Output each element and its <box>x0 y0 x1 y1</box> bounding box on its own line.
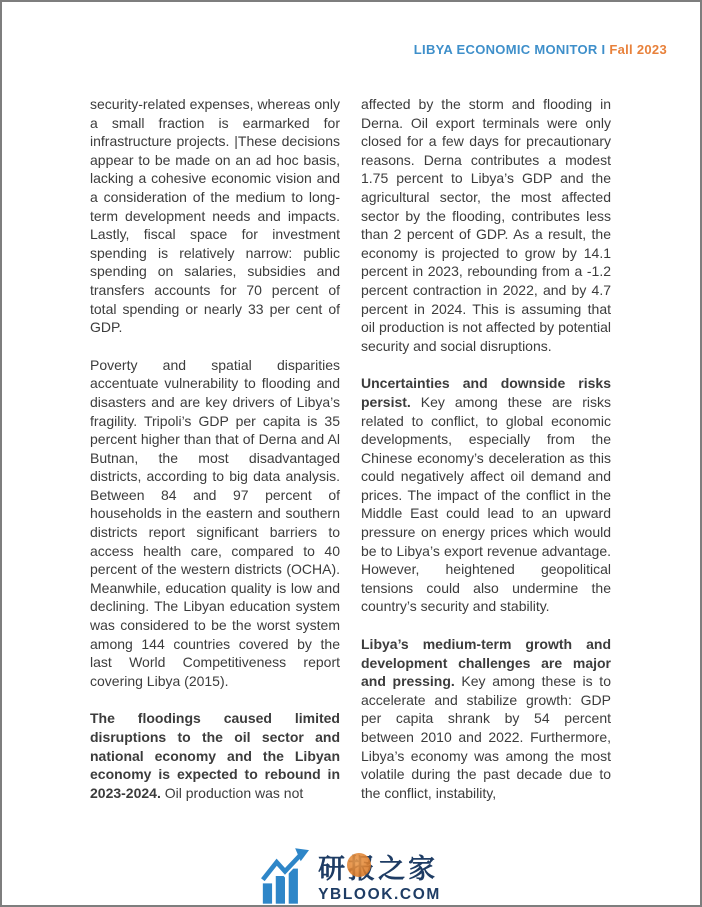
logo-domain-text: YBLOOK.COM <box>318 886 441 903</box>
paragraph-text: Poverty and spatial disparities accentua… <box>90 357 340 689</box>
watermark-logo: 研报之家 YBLOOK.COM <box>2 848 700 904</box>
right-column: affected by the storm and flooding in De… <box>361 95 611 802</box>
paragraph-text: security-related expenses, whereas only … <box>90 96 340 335</box>
two-column-body: security-related expenses, whereas only … <box>90 95 611 802</box>
report-edition: Fall 2023 <box>609 42 667 57</box>
page-header: LIBYA ECONOMIC MONITOR I Fall 2023 <box>414 42 667 57</box>
paragraph-text: Oil production was not <box>161 785 303 801</box>
paragraph: The floodings caused limited disruptions… <box>90 709 340 802</box>
paragraph-text: Key among these is to accelerate and sta… <box>361 673 611 801</box>
report-page: LIBYA ECONOMIC MONITOR I Fall 2023 secur… <box>0 0 702 907</box>
paragraph: Poverty and spatial disparities accentua… <box>90 356 340 691</box>
logo-text-block: 研报之家 YBLOOK.COM <box>318 855 441 904</box>
logo-chinese-name: 研报之家 <box>318 855 441 885</box>
paragraph: security-related expenses, whereas only … <box>90 95 340 337</box>
paragraph: affected by the storm and flooding in De… <box>361 95 611 355</box>
left-column: security-related expenses, whereas only … <box>90 95 340 802</box>
bar-chart-arrow-icon <box>261 848 309 904</box>
paragraph: Libya’s medium-term growth and developme… <box>361 635 611 802</box>
paragraph-text: Key among these are risks related to con… <box>361 394 611 615</box>
paragraph-text: affected by the storm and flooding in De… <box>361 96 611 354</box>
paragraph: Uncertainties and downside risks persist… <box>361 374 611 616</box>
report-title: LIBYA ECONOMIC MONITOR <box>414 42 598 57</box>
